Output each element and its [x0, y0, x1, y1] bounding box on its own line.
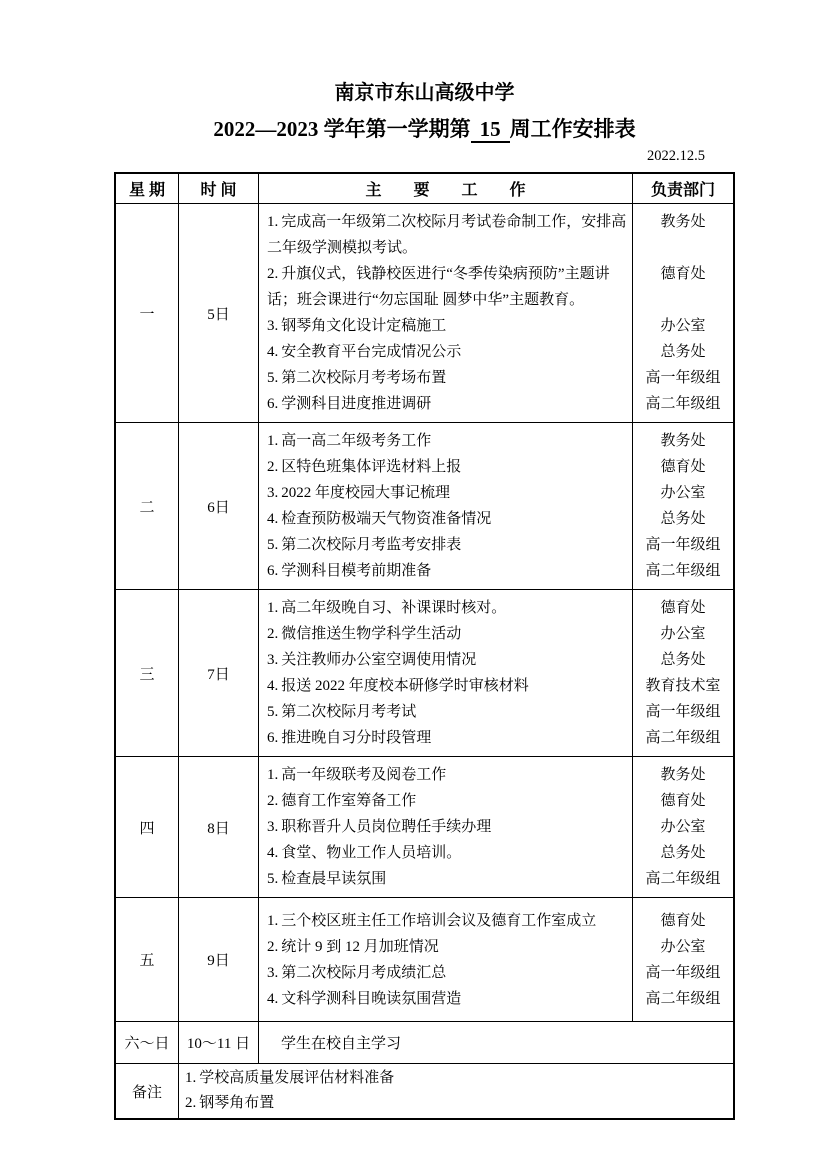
task-text: 2022 年度校园大事记梳理	[281, 485, 450, 501]
task-department: 高二年级组	[633, 986, 733, 1012]
task-row: 1.高一高二年级考务工作 教务处	[259, 428, 733, 454]
task-text: 检查预防极端天气物资准备情况	[281, 511, 491, 527]
task-text: 食堂、物业工作人员培训。	[281, 845, 461, 861]
task-body: 2.统计 9 到 12 月加班情况	[259, 934, 633, 960]
task-department: 高一年级组	[633, 365, 733, 391]
weekend-content-cell: 学生在校自主学习	[259, 1022, 733, 1063]
task-body: 3.钢琴角文化设计定稿施工	[259, 313, 633, 339]
task-list: 1.高一高二年级考务工作 教务处 2.区特色班集体评选材料上报 德育处 3.20…	[259, 423, 733, 589]
task-number: 4.	[267, 678, 278, 694]
task-row: 4.检查预防极端天气物资准备情况 总务处	[259, 506, 733, 532]
task-row: 4.食堂、物业工作人员培训。 总务处	[259, 840, 733, 866]
task-department: 高一年级组	[633, 532, 733, 558]
task-department: 德育处	[633, 908, 733, 934]
weekend-weekday-cell: 六～日	[116, 1022, 179, 1063]
task-row: 4.安全教育平台完成情况公示 总务处	[259, 339, 733, 365]
task-department: 教务处	[633, 762, 733, 788]
task-body: 1.高一年级联考及阅卷工作	[259, 762, 633, 788]
task-row: 3.钢琴角文化设计定稿施工 办公室	[259, 313, 733, 339]
schedule-day-row: 二 6日 1.高一高二年级考务工作 教务处 2.区特色班集体评选材料上报 德育处…	[116, 423, 733, 590]
task-row: 4.文科学测科目晚读氛围营造 高二年级组	[259, 986, 733, 1012]
task-department: 办公室	[633, 621, 733, 647]
document-date: 2022.12.5	[114, 147, 735, 165]
task-body: 3.第二次校际月考成绩汇总	[259, 960, 633, 986]
weekend-time-cell: 10～11 日	[179, 1022, 259, 1063]
task-text: 统计 9 到 12 月加班情况	[281, 939, 439, 955]
weekday-cell: 五	[116, 898, 179, 1021]
task-row: 5.检查晨早读氛围 高二年级组	[259, 866, 733, 892]
header-weekday: 星 期	[116, 174, 179, 203]
task-body: 2.升旗仪式，钱静校医进行“冬季传染病预防”主题讲话；班会课进行“勿忘国耻 圆梦…	[259, 261, 633, 313]
header-time: 时 间	[179, 174, 259, 203]
task-department: 教务处	[633, 209, 733, 235]
task-number: 6.	[267, 563, 278, 579]
task-department: 德育处	[633, 788, 733, 814]
note-text: 钢琴角布置	[199, 1095, 274, 1111]
task-number: 3.	[267, 485, 278, 501]
task-row: 6.推进晚自习分时段管理 高二年级组	[259, 725, 733, 751]
task-text: 关注教师办公室空调使用情况	[281, 652, 476, 668]
task-number: 1.	[267, 433, 278, 449]
task-department: 高二年级组	[633, 866, 733, 892]
task-text: 高一高二年级考务工作	[281, 433, 431, 449]
task-department: 总务处	[633, 339, 733, 365]
weekend-row: 六～日 10～11 日 学生在校自主学习	[116, 1022, 733, 1064]
task-text: 钢琴角文化设计定稿施工	[281, 318, 446, 334]
notes-label-cell: 备注	[116, 1064, 179, 1118]
task-department: 德育处	[633, 261, 733, 287]
task-text: 德育工作室筹备工作	[281, 793, 416, 809]
task-body: 3.职称晋升人员岗位聘任手续办理	[259, 814, 633, 840]
task-text: 推进晚自习分时段管理	[281, 730, 431, 746]
task-text: 高二年级晚自习、补课课时核对。	[281, 600, 506, 616]
task-text: 微信推送生物学科学生活动	[281, 626, 461, 642]
title-suffix: 周工作安排表	[510, 117, 636, 141]
week-number-underlined: 15	[471, 117, 510, 143]
task-body: 4.安全教育平台完成情况公示	[259, 339, 633, 365]
task-number: 1.	[267, 214, 278, 230]
note-line: 1.学校高质量发展评估材料准备	[185, 1066, 727, 1091]
task-department: 教育技术室	[633, 673, 733, 699]
task-number: 5.	[267, 370, 278, 386]
task-body: 4.报送 2022 年度校本研修学时审核材料	[259, 673, 633, 699]
task-row: 1.三个校区班主任工作培训会议及德育工作室成立 德育处	[259, 908, 733, 934]
task-department: 德育处	[633, 454, 733, 480]
notes-content-cell: 1.学校高质量发展评估材料准备 2.钢琴角布置	[179, 1064, 733, 1118]
task-number: 5.	[267, 704, 278, 720]
task-row: 3.职称晋升人员岗位聘任手续办理 办公室	[259, 814, 733, 840]
task-body: 6.学测科目进度推进调研	[259, 391, 633, 417]
task-row: 3.2022 年度校园大事记梳理 办公室	[259, 480, 733, 506]
task-number: 6.	[267, 396, 278, 412]
document-title: 2022—2023 学年第一学期第15周工作安排表	[114, 115, 735, 143]
task-text: 报送 2022 年度校本研修学时审核材料	[281, 678, 529, 694]
task-department: 办公室	[633, 814, 733, 840]
department-column-divider	[632, 423, 634, 589]
task-body: 2.微信推送生物学科学生活动	[259, 621, 633, 647]
task-body: 6.推进晚自习分时段管理	[259, 725, 633, 751]
task-number: 4.	[267, 991, 278, 1007]
task-number: 3.	[267, 318, 278, 334]
notes-row: 备注 1.学校高质量发展评估材料准备 2.钢琴角布置	[116, 1064, 733, 1118]
task-department: 高二年级组	[633, 725, 733, 751]
task-number: 3.	[267, 652, 278, 668]
task-number: 1.	[267, 600, 278, 616]
task-number: 2.	[267, 939, 278, 955]
task-number: 3.	[267, 819, 278, 835]
time-cell: 6日	[179, 423, 259, 589]
document-content: 南京市东山高级中学 2022—2023 学年第一学期第15周工作安排表 2022…	[114, 0, 735, 1120]
schedule-day-row: 四 8日 1.高一年级联考及阅卷工作 教务处 2.德育工作室筹备工作 德育处 3…	[116, 757, 733, 898]
task-body: 4.检查预防极端天气物资准备情况	[259, 506, 633, 532]
task-row: 1.完成高一年级第二次校际月考试卷命制工作，安排高二年级学测模拟考试。 教务处	[259, 209, 733, 261]
task-number: 4.	[267, 511, 278, 527]
task-number: 2.	[267, 793, 278, 809]
task-number: 4.	[267, 344, 278, 360]
task-list: 1.高一年级联考及阅卷工作 教务处 2.德育工作室筹备工作 德育处 3.职称晋升…	[259, 757, 733, 897]
task-department: 高一年级组	[633, 699, 733, 725]
task-list: 1.高二年级晚自习、补课课时核对。 德育处 2.微信推送生物学科学生活动 办公室…	[259, 590, 733, 756]
task-text: 区特色班集体评选材料上报	[281, 459, 461, 475]
task-number: 1.	[267, 767, 278, 783]
task-body: 1.高二年级晚自习、补课课时核对。	[259, 595, 633, 621]
schedule-table: 星 期 时 间 主 要 工 作 负责部门 一 5日 1.完成高一年级第二次校际月…	[114, 172, 735, 1120]
note-text: 学校高质量发展评估材料准备	[199, 1070, 394, 1086]
task-row: 1.高一年级联考及阅卷工作 教务处	[259, 762, 733, 788]
task-body: 4.食堂、物业工作人员培训。	[259, 840, 633, 866]
weekday-cell: 四	[116, 757, 179, 897]
task-text: 升旗仪式，钱静校医进行“冬季传染病预防”主题讲话；班会课进行“勿忘国耻 圆梦中华…	[267, 266, 610, 308]
task-row: 3.第二次校际月考成绩汇总 高一年级组	[259, 960, 733, 986]
task-body: 2.区特色班集体评选材料上报	[259, 454, 633, 480]
task-text: 文科学测科目晚读氛围营造	[281, 991, 461, 1007]
task-body: 4.文科学测科目晚读氛围营造	[259, 986, 633, 1012]
task-row: 5.第二次校际月考考试 高一年级组	[259, 699, 733, 725]
title-prefix: 2022—2023 学年第一学期第	[213, 117, 470, 141]
task-body: 6.学测科目模考前期准备	[259, 558, 633, 584]
header-department: 负责部门	[633, 174, 733, 203]
task-row: 2.区特色班集体评选材料上报 德育处	[259, 454, 733, 480]
task-number: 6.	[267, 730, 278, 746]
task-text: 三个校区班主任工作培训会议及德育工作室成立	[281, 913, 596, 929]
note-line: 2.钢琴角布置	[185, 1091, 727, 1116]
task-number: 4.	[267, 845, 278, 861]
weekday-cell: 三	[116, 590, 179, 756]
task-department: 总务处	[633, 647, 733, 673]
time-cell: 8日	[179, 757, 259, 897]
school-title: 南京市东山高级中学	[114, 0, 735, 106]
task-row: 4.报送 2022 年度校本研修学时审核材料 教育技术室	[259, 673, 733, 699]
schedule-day-row: 一 5日 1.完成高一年级第二次校际月考试卷命制工作，安排高二年级学测模拟考试。…	[116, 204, 733, 423]
task-number: 2.	[267, 626, 278, 642]
task-department: 办公室	[633, 313, 733, 339]
note-number: 2.	[185, 1095, 196, 1111]
task-number: 5.	[267, 871, 278, 887]
task-body: 5.检查晨早读氛围	[259, 866, 633, 892]
task-body: 3.2022 年度校园大事记梳理	[259, 480, 633, 506]
task-row: 2.微信推送生物学科学生活动 办公室	[259, 621, 733, 647]
task-department: 办公室	[633, 480, 733, 506]
task-body: 2.德育工作室筹备工作	[259, 788, 633, 814]
task-list: 1.三个校区班主任工作培训会议及德育工作室成立 德育处 2.统计 9 到 12 …	[259, 898, 733, 1021]
task-department: 总务处	[633, 506, 733, 532]
task-number: 3.	[267, 965, 278, 981]
task-text: 第二次校际月考成绩汇总	[281, 965, 446, 981]
task-department: 办公室	[633, 934, 733, 960]
task-number: 2.	[267, 266, 278, 282]
task-department: 总务处	[633, 840, 733, 866]
document-page: 南京市东山高级中学 2022—2023 学年第一学期第15周工作安排表 2022…	[0, 0, 827, 1170]
schedule-day-row: 五 9日 1.三个校区班主任工作培训会议及德育工作室成立 德育处 2.统计 9 …	[116, 898, 733, 1022]
task-body: 1.三个校区班主任工作培训会议及德育工作室成立	[259, 908, 633, 934]
table-header-row: 星 期 时 间 主 要 工 作 负责部门	[116, 174, 733, 204]
task-row: 2.德育工作室筹备工作 德育处	[259, 788, 733, 814]
header-main-work: 主 要 工 作	[259, 174, 633, 203]
task-text: 第二次校际月考考试	[281, 704, 416, 720]
task-text: 高一年级联考及阅卷工作	[281, 767, 446, 783]
task-text: 学测科目进度推进调研	[281, 396, 431, 412]
task-text: 安全教育平台完成情况公示	[281, 344, 461, 360]
task-row: 2.升旗仪式，钱静校医进行“冬季传染病预防”主题讲话；班会课进行“勿忘国耻 圆梦…	[259, 261, 733, 313]
department-column-divider	[632, 757, 634, 897]
time-cell: 9日	[179, 898, 259, 1021]
task-row: 5.第二次校际月考考场布置 高一年级组	[259, 365, 733, 391]
task-row: 3.关注教师办公室空调使用情况 总务处	[259, 647, 733, 673]
task-text: 完成高一年级第二次校际月考试卷命制工作，安排高二年级学测模拟考试。	[267, 214, 626, 256]
task-body: 5.第二次校际月考考试	[259, 699, 633, 725]
task-body: 5.第二次校际月考考场布置	[259, 365, 633, 391]
task-row: 2.统计 9 到 12 月加班情况 办公室	[259, 934, 733, 960]
task-department: 教务处	[633, 428, 733, 454]
task-row: 5.第二次校际月考监考安排表 高一年级组	[259, 532, 733, 558]
task-department: 高二年级组	[633, 558, 733, 584]
task-body: 5.第二次校际月考监考安排表	[259, 532, 633, 558]
task-number: 5.	[267, 537, 278, 553]
task-body: 1.高一高二年级考务工作	[259, 428, 633, 454]
weekday-cell: 一	[116, 204, 179, 422]
task-body: 3.关注教师办公室空调使用情况	[259, 647, 633, 673]
task-text: 第二次校际月考考场布置	[281, 370, 446, 386]
task-row: 6.学测科目进度推进调研 高二年级组	[259, 391, 733, 417]
task-number: 2.	[267, 459, 278, 475]
task-list: 1.完成高一年级第二次校际月考试卷命制工作，安排高二年级学测模拟考试。 教务处 …	[259, 204, 733, 422]
weekday-cell: 二	[116, 423, 179, 589]
task-row: 6.学测科目模考前期准备 高二年级组	[259, 558, 733, 584]
schedule-rows: 一 5日 1.完成高一年级第二次校际月考试卷命制工作，安排高二年级学测模拟考试。…	[116, 204, 733, 1022]
task-text: 学测科目模考前期准备	[281, 563, 431, 579]
task-department: 高二年级组	[633, 391, 733, 417]
task-number: 1.	[267, 913, 278, 929]
task-text: 职称晋升人员岗位聘任手续办理	[281, 819, 491, 835]
time-cell: 5日	[179, 204, 259, 422]
task-department: 高一年级组	[633, 960, 733, 986]
note-number: 1.	[185, 1070, 196, 1086]
task-body: 1.完成高一年级第二次校际月考试卷命制工作，安排高二年级学测模拟考试。	[259, 209, 633, 261]
schedule-day-row: 三 7日 1.高二年级晚自习、补课课时核对。 德育处 2.微信推送生物学科学生活…	[116, 590, 733, 757]
department-column-divider	[632, 898, 634, 1021]
time-cell: 7日	[179, 590, 259, 756]
task-text: 检查晨早读氛围	[281, 871, 386, 887]
department-column-divider	[632, 590, 634, 756]
task-row: 1.高二年级晚自习、补课课时核对。 德育处	[259, 595, 733, 621]
department-column-divider	[632, 204, 634, 422]
task-text: 第二次校际月考监考安排表	[281, 537, 461, 553]
task-department: 德育处	[633, 595, 733, 621]
